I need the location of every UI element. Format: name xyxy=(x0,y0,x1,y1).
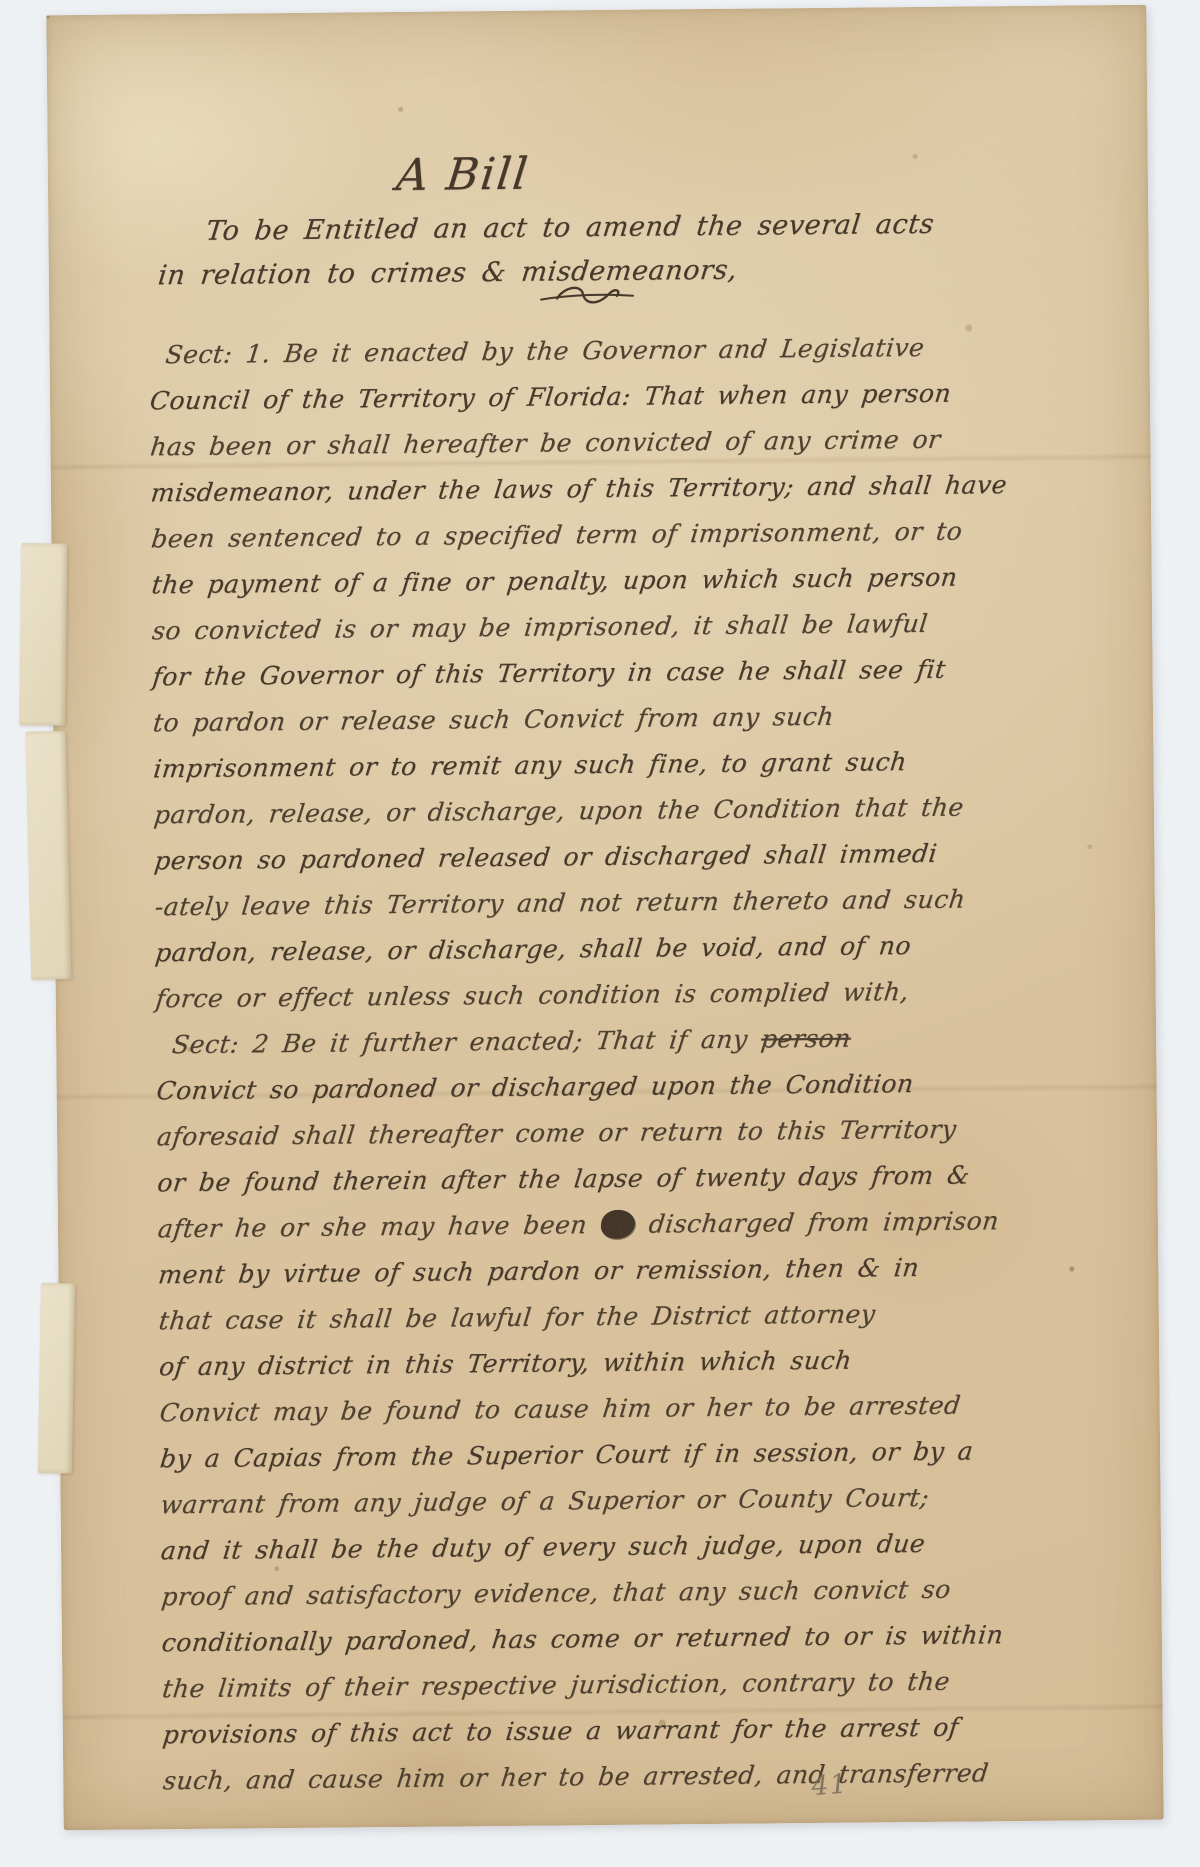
paper-fragment-left-bottom xyxy=(38,1283,75,1474)
manuscript-page: A Bill To be Entitled an act to amend th… xyxy=(46,5,1163,1830)
section-2-text: Sect: 2 Be it further enacted; That if a… xyxy=(156,1013,1141,1804)
foxing-specks xyxy=(46,15,49,18)
paper-fragment-left-top xyxy=(19,543,67,726)
flourish-paraph-icon xyxy=(527,282,647,313)
section-1-text: Sect: 1. Be it enacted by the Governor a… xyxy=(149,323,1134,1022)
page-number-pencil: 41 xyxy=(810,1768,849,1802)
struck-word: person xyxy=(760,1024,853,1054)
ink-blot-word: so xyxy=(599,1210,637,1239)
manuscript-line: such, and cause him or her to be arreste… xyxy=(161,1749,1144,1804)
document-photo: A Bill To be Entitled an act to amend th… xyxy=(0,0,1200,1867)
bill-title: A Bill xyxy=(45,145,881,204)
manuscript-body: Sect: 1. Be it enacted by the Governor a… xyxy=(149,323,1141,1804)
paper-fragment-left-middle xyxy=(25,731,71,980)
